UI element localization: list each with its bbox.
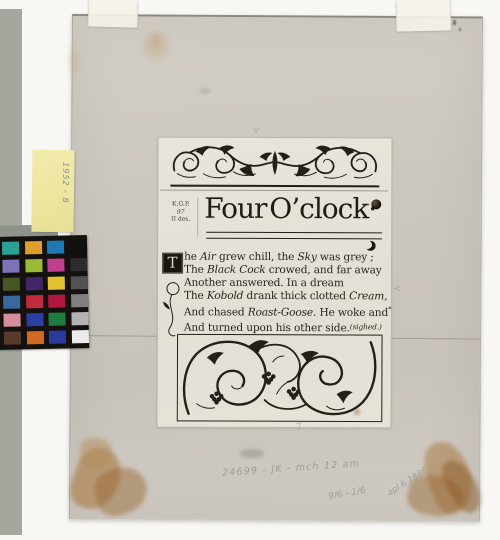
speck <box>453 20 456 25</box>
verse-line: The Kobold drank thick clotted Cream, <box>184 290 388 304</box>
stain-left-edge <box>67 40 80 84</box>
speck <box>459 28 461 31</box>
decorated-initial: T <box>162 253 183 274</box>
pencil-angle-mark: < <box>393 282 402 295</box>
verse-line: Another answered. In a dream <box>184 277 388 291</box>
color-patch <box>70 258 87 271</box>
fox-spot <box>354 409 360 415</box>
color-patch <box>49 331 66 344</box>
color-checker-grid <box>2 240 89 345</box>
sticky-note-text: 1952 - 8 <box>61 162 71 204</box>
tape-top-left <box>88 0 139 28</box>
double-rule <box>206 232 382 240</box>
plate-label-line1: K.G.P. <box>164 201 197 209</box>
pencil-caret-mark: 7 <box>295 422 303 434</box>
color-patch <box>3 295 20 308</box>
color-patch <box>71 294 88 307</box>
color-patch <box>47 259 64 272</box>
smudge-mark <box>240 449 264 458</box>
stain-top <box>142 32 172 65</box>
grapevine-panel-ornament <box>177 334 383 423</box>
color-patch <box>48 295 65 308</box>
printed-sheet: K.G.P. 97 II des. Four O’clock· T he Air… <box>156 137 392 429</box>
plate-label-line2: 97 <box>164 208 197 216</box>
color-patch <box>48 277 65 290</box>
plate-label-line3: II des. <box>164 216 197 224</box>
verse-line: The Black Cock crowed, and far away <box>184 264 388 278</box>
color-patch <box>71 312 88 325</box>
color-patch <box>3 313 20 326</box>
color-patch <box>70 276 87 289</box>
color-patch <box>2 241 19 254</box>
rule-line <box>170 185 379 188</box>
rosette-ornament-icon <box>371 199 381 209</box>
color-patch <box>3 277 20 290</box>
title-text: Four O’clock· <box>204 192 376 226</box>
color-patch <box>47 241 64 254</box>
sticky-note: 1952 - 8 <box>31 150 74 233</box>
title-box: K.G.P. 97 II des. Four O’clock· <box>160 190 388 238</box>
acanthus-frieze-ornament <box>169 144 380 185</box>
color-patch <box>24 241 41 254</box>
verse-line: And chased Roast-Goose. He woke and* <box>184 303 388 320</box>
plate-label: K.G.P. 97 II des. <box>164 198 198 237</box>
verse-block: he Air grew chill, the Sky was grey ; Th… <box>184 251 388 336</box>
tape-top-right <box>396 0 452 32</box>
color-checker <box>0 235 89 350</box>
color-patch <box>25 277 42 290</box>
photograph-of-print: K.G.P. 97 II des. Four O’clock· T he Air… <box>0 0 500 540</box>
crescent-moon-icon <box>365 240 376 251</box>
color-patch <box>26 295 43 308</box>
smudge-mark-2 <box>200 88 210 94</box>
color-patch <box>71 330 88 343</box>
color-patch <box>2 259 19 272</box>
vine-stem-ornament <box>162 280 186 338</box>
verse-line: he Air grew chill, the Sky was grey ; <box>184 251 388 265</box>
color-patch <box>26 313 43 326</box>
color-patch <box>4 331 21 344</box>
color-patch <box>69 240 86 253</box>
color-patch <box>48 313 65 326</box>
color-patch <box>26 331 43 344</box>
color-patch <box>25 259 42 272</box>
